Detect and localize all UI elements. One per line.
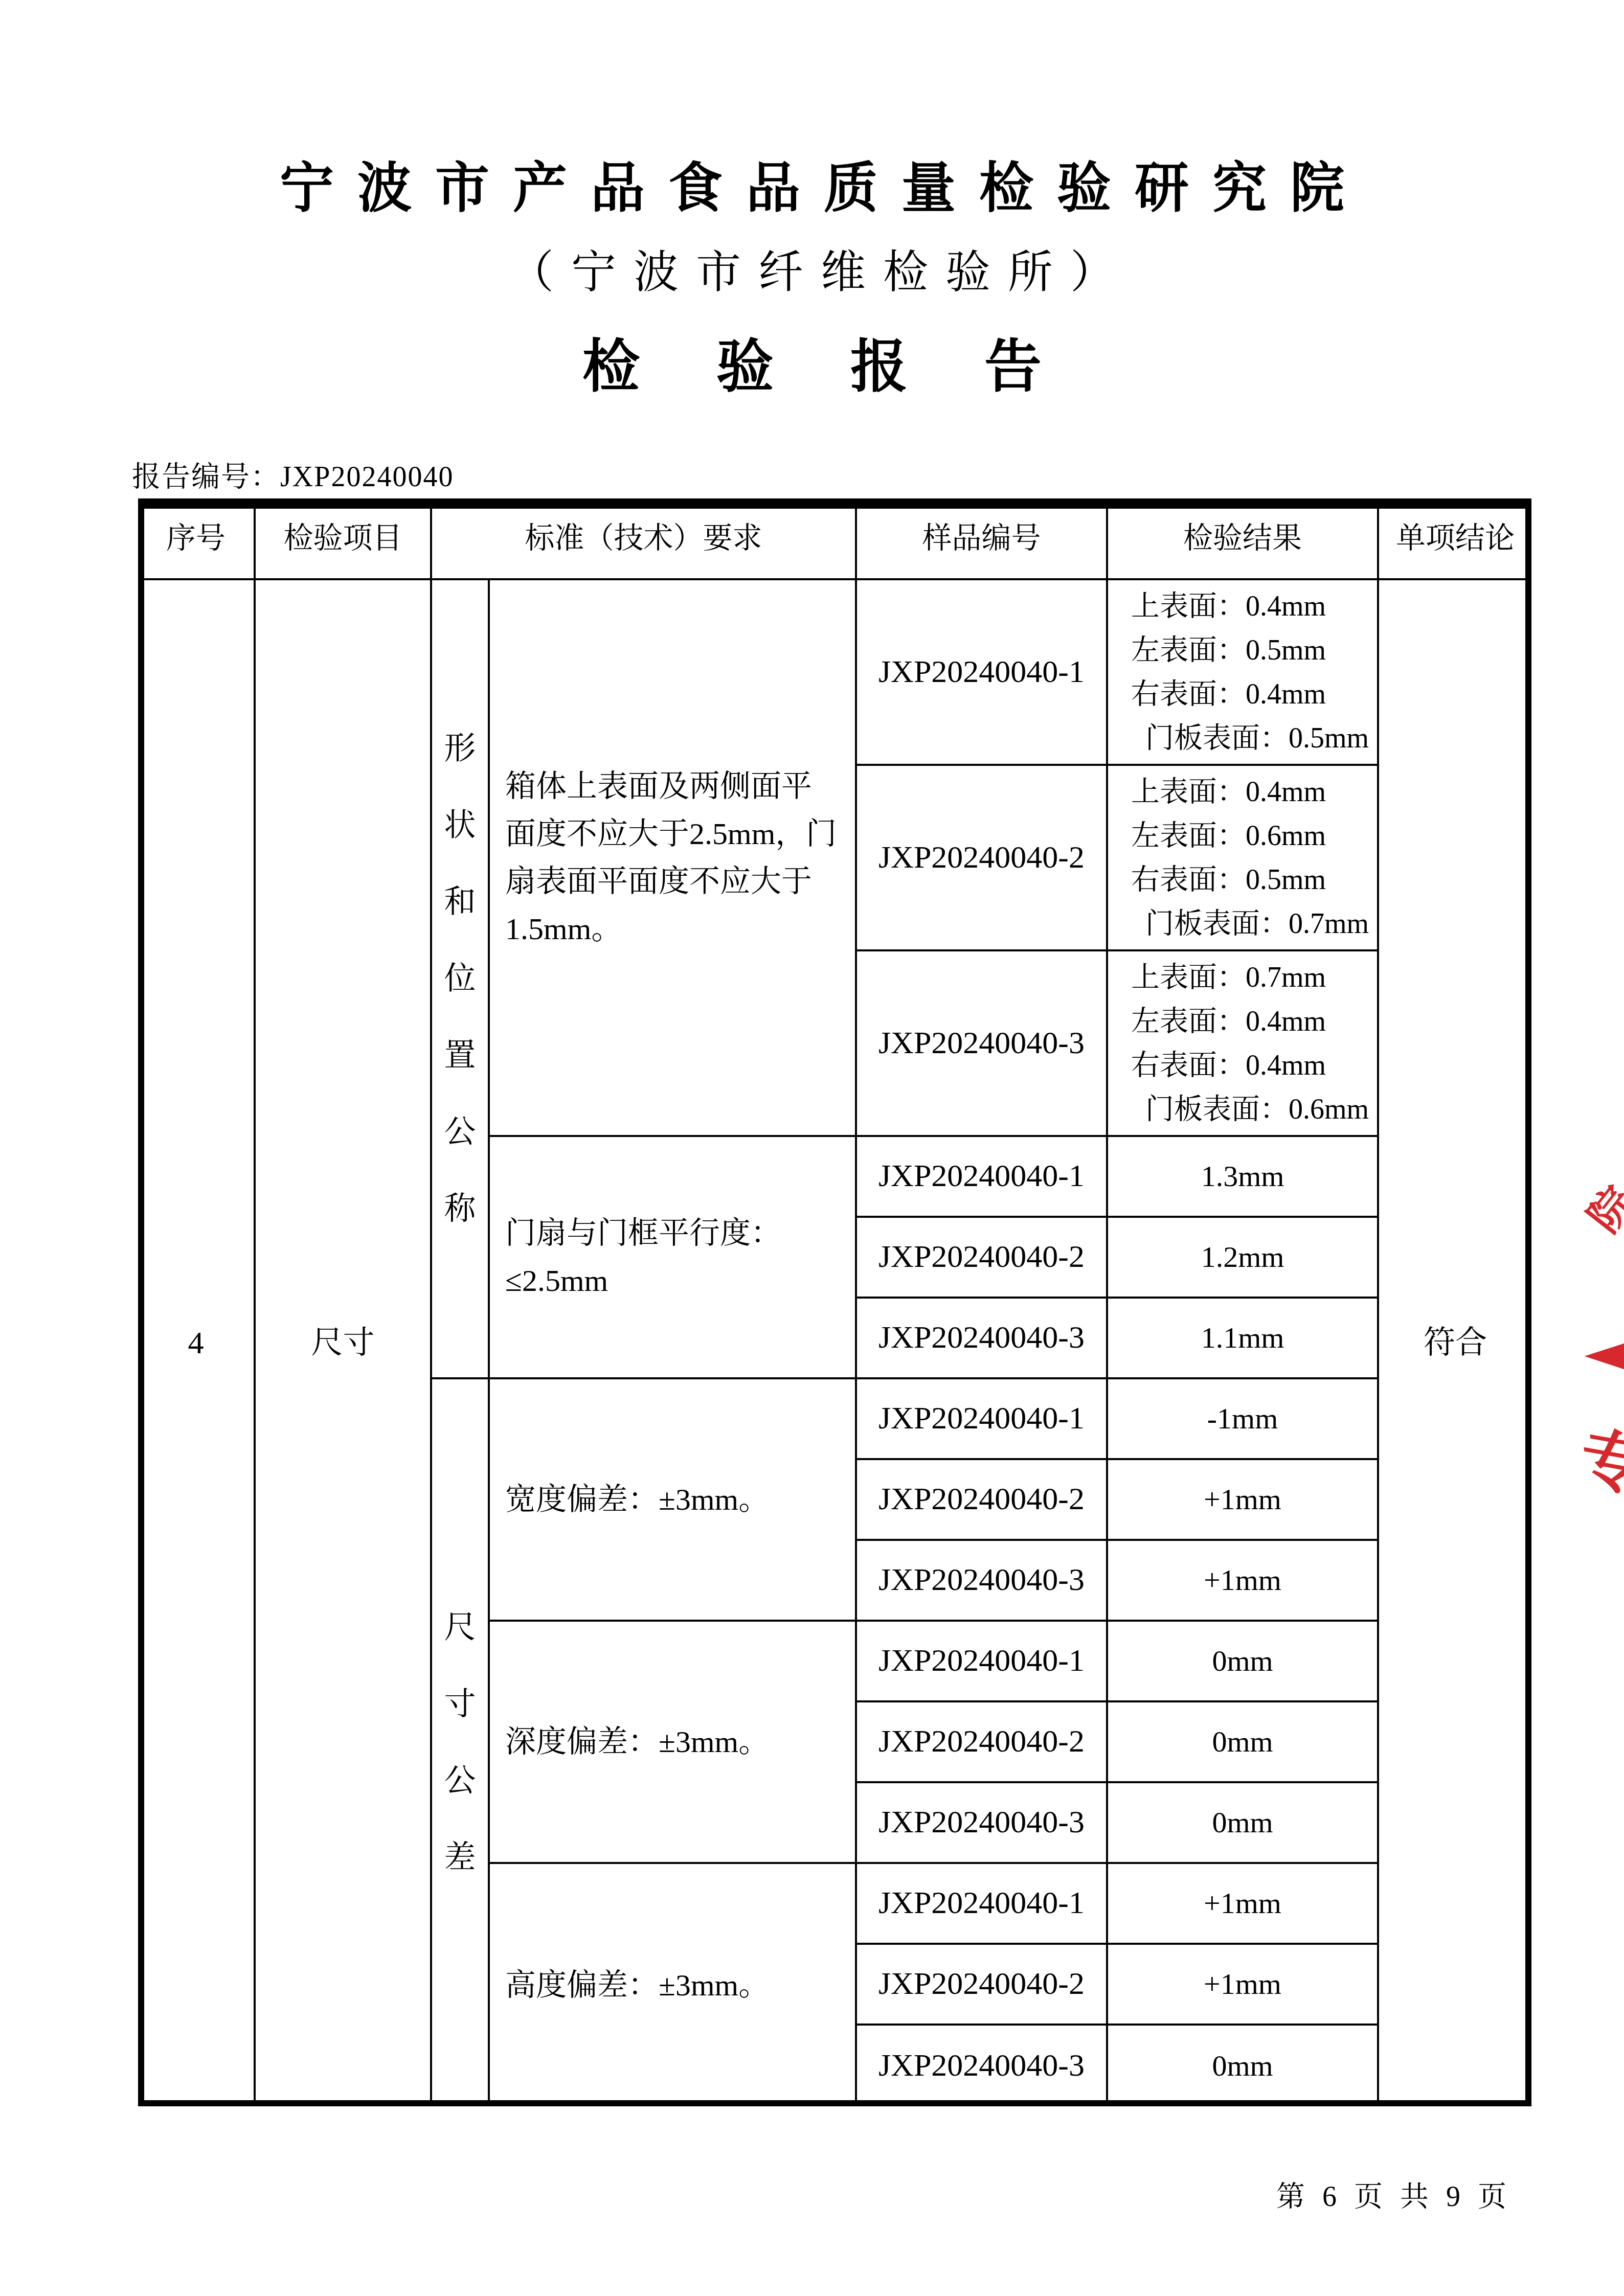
sample-id: JXP20240040-3 <box>857 1541 1108 1622</box>
header-requirement: 标准（技术）要求 <box>432 498 857 580</box>
sample-id: JXP20240040-1 <box>857 1137 1108 1218</box>
sample-id: JXP20240040-3 <box>857 2026 1108 2106</box>
sample-id: JXP20240040-3 <box>857 1783 1108 1864</box>
requirement-depth: 深度偏差：±3mm。 <box>490 1622 857 1864</box>
org-title: 宁波市产品食品质量检验研究院 <box>0 145 1624 222</box>
result-line: 门板表面：0.6mm <box>1131 1087 1369 1131</box>
result-value: 0mm <box>1108 2026 1379 2106</box>
subcategory-dimension-tolerance: 尺寸公差 <box>432 1379 490 2106</box>
result-value: 0mm <box>1108 1702 1379 1783</box>
sample-id: JXP20240040-3 <box>857 1299 1108 1379</box>
result-line: 右表面：0.4mm <box>1131 1043 1326 1087</box>
page-number: 第 6 页 共 9 页 <box>1276 2174 1512 2215</box>
inspection-table: 序号 检验项目 标准（技术）要求 样品编号 检验结果 单项结论 4 尺寸 形状和… <box>138 498 1531 2106</box>
sample-id: JXP20240040-2 <box>857 1218 1108 1299</box>
result-value: 1.2mm <box>1108 1218 1379 1299</box>
header-conclusion: 单项结论 <box>1379 498 1531 580</box>
sample-id: JXP20240040-2 <box>857 1702 1108 1783</box>
result-value: +1mm <box>1108 1945 1379 2026</box>
result-value: 0mm <box>1108 1622 1379 1702</box>
result-flatness-1: 上表面：0.4mm 左表面：0.5mm 右表面：0.4mm 门板表面：0.5mm <box>1108 580 1379 766</box>
report-page: 宁波市产品食品质量检验研究院 （宁波市纤维检验所） 检验报告 报告编号：JXP2… <box>0 0 1624 2296</box>
result-flatness-2: 上表面：0.4mm 左表面：0.6mm 右表面：0.5mm 门板表面：0.7mm <box>1108 766 1379 951</box>
result-value: +1mm <box>1108 1864 1379 1945</box>
requirement-flatness: 箱体上表面及两侧面平面度不应大于2.5mm，门扇表面平面度不应大于1.5mm。 <box>490 580 857 1137</box>
requirement-height: 高度偏差：±3mm。 <box>490 1864 857 2106</box>
sample-id: JXP20240040-2 <box>857 1460 1108 1541</box>
sample-id: JXP20240040-2 <box>857 766 1108 951</box>
result-value: 0mm <box>1108 1783 1379 1864</box>
result-line: 上表面：0.4mm <box>1131 770 1326 814</box>
requirement-parallelism: 门扇与门框平行度：≤2.5mm <box>490 1137 857 1379</box>
sample-id: JXP20240040-3 <box>857 951 1108 1137</box>
sample-id: JXP20240040-1 <box>857 1864 1108 1945</box>
result-line: 门板表面：0.5mm <box>1131 716 1369 760</box>
result-value: 1.1mm <box>1108 1299 1379 1379</box>
report-number-value: JXP20240040 <box>280 461 454 493</box>
result-line: 门板表面：0.7mm <box>1131 902 1369 946</box>
document-title-text: 检验报告 <box>582 336 1118 399</box>
subcategory-shape-position: 形状和位置公称 <box>432 580 490 1379</box>
header-result: 检验结果 <box>1108 498 1379 580</box>
result-flatness-3: 上表面：0.7mm 左表面：0.4mm 右表面：0.4mm 门板表面：0.6mm <box>1108 951 1379 1137</box>
org-subtitle: （宁波市纤维检验所） <box>0 236 1624 301</box>
result-line: 左表面：0.5mm <box>1131 628 1326 672</box>
sample-id: JXP20240040-1 <box>857 1379 1108 1460</box>
result-value: -1mm <box>1108 1379 1379 1460</box>
report-number-line: 报告编号：JXP20240040 <box>132 454 454 495</box>
sample-id: JXP20240040-1 <box>857 1622 1108 1702</box>
result-line: 左表面：0.4mm <box>1131 999 1326 1043</box>
result-line: 右表面：0.5mm <box>1131 858 1326 902</box>
seq-cell: 4 <box>138 580 256 2106</box>
result-value: 1.3mm <box>1108 1137 1379 1218</box>
org-title-text: 宁波市产品食品质量检验研究院 <box>280 158 1368 218</box>
item-cell: 尺寸 <box>256 580 432 2106</box>
header-item: 检验项目 <box>256 498 432 580</box>
report-number-label: 报告编号： <box>132 461 280 493</box>
requirement-width: 宽度偏差：±3mm。 <box>490 1379 857 1622</box>
sample-id: JXP20240040-1 <box>857 580 1108 766</box>
org-subtitle-text: （宁波市纤维检验所） <box>509 248 1133 298</box>
result-line: 上表面：0.4mm <box>1131 584 1326 628</box>
sample-id: JXP20240040-2 <box>857 1945 1108 2026</box>
result-line: 右表面：0.4mm <box>1131 672 1326 716</box>
header-seq: 序号 <box>138 498 256 580</box>
header-sample: 样品编号 <box>857 498 1108 580</box>
result-value: +1mm <box>1108 1541 1379 1622</box>
conclusion-cell: 符合 <box>1379 580 1531 2106</box>
result-value: +1mm <box>1108 1460 1379 1541</box>
document-title: 检验报告 <box>0 321 1624 403</box>
result-line: 左表面：0.6mm <box>1131 814 1326 858</box>
result-line: 上表面：0.7mm <box>1131 956 1326 999</box>
